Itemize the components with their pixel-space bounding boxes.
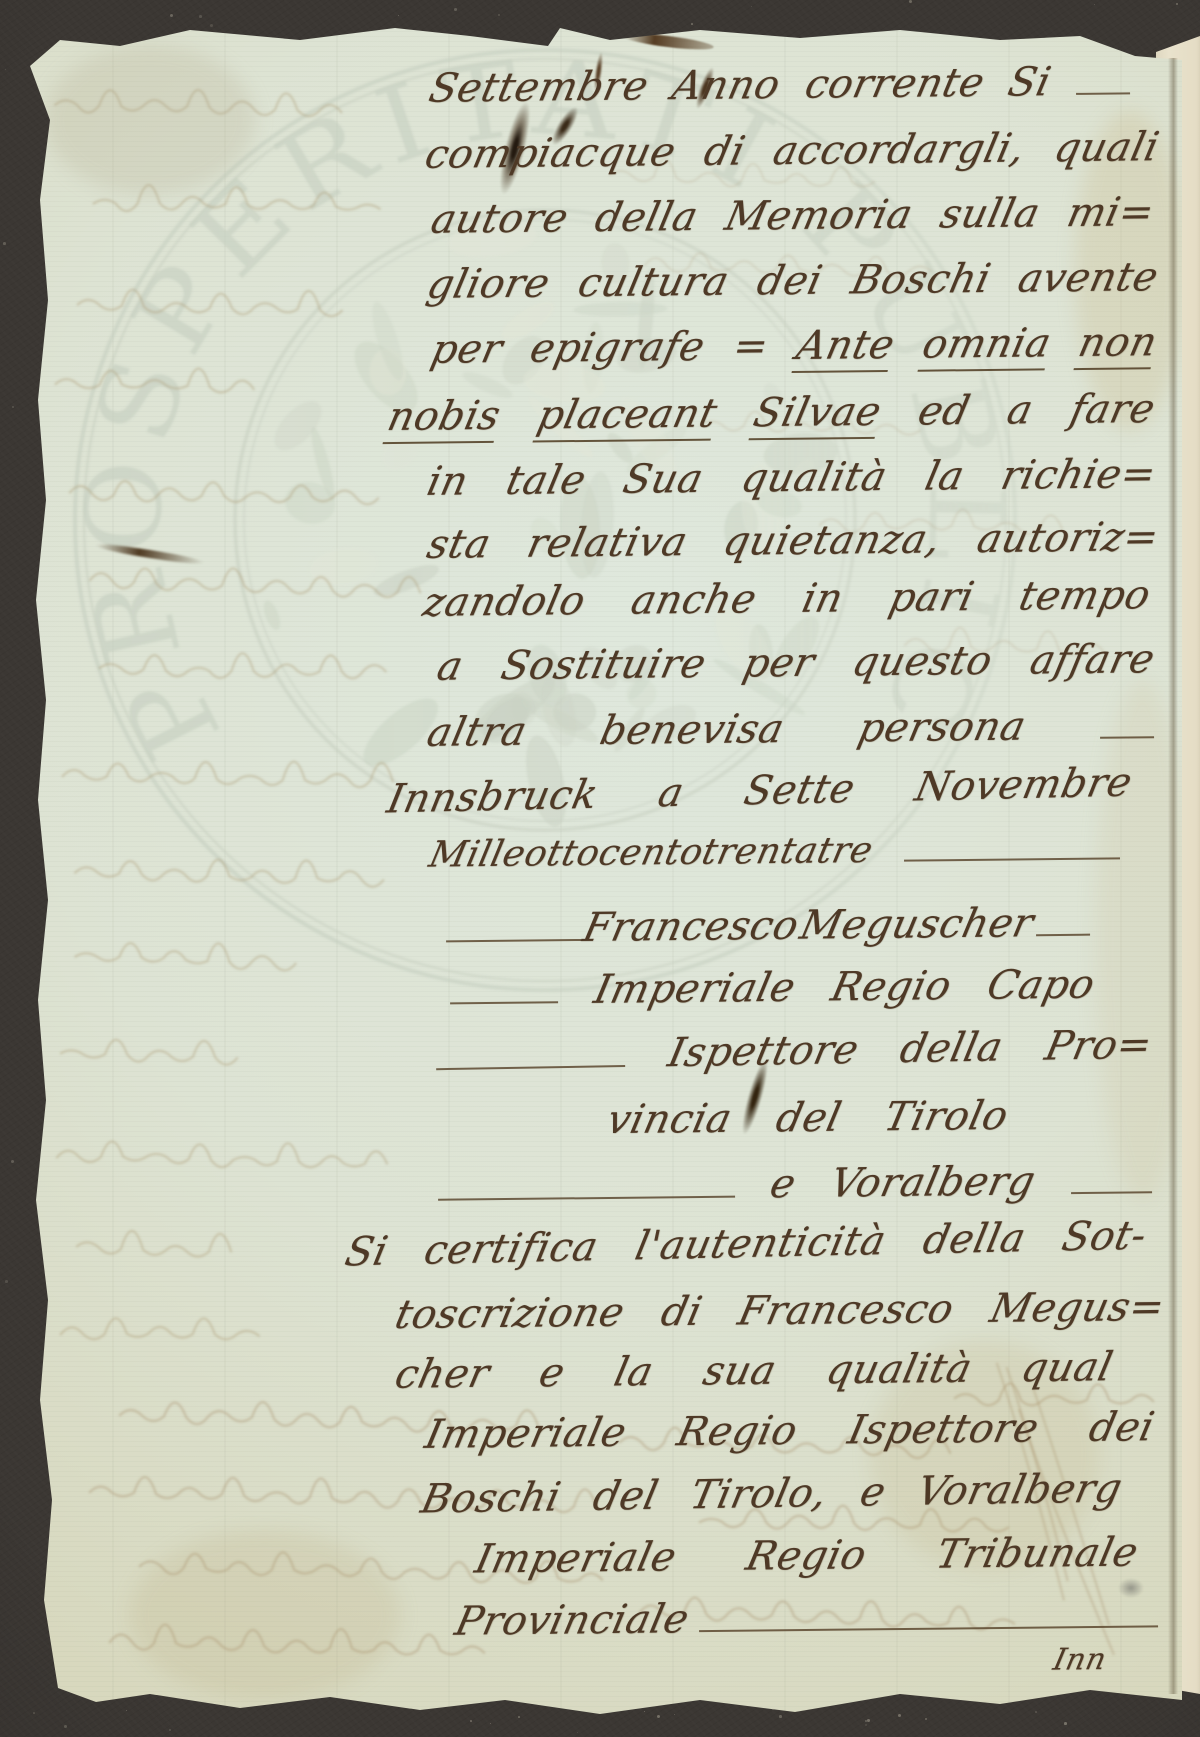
word: tale: [502, 457, 591, 504]
word: placeant: [532, 391, 721, 443]
word: Meguscher: [796, 900, 1038, 949]
word: e: [766, 1161, 800, 1207]
manuscript-line-11: altrabenevisapersona: [428, 702, 1155, 766]
word: Settembre: [425, 63, 653, 111]
word: del: [771, 1095, 845, 1142]
dust-speck: [657, 1715, 660, 1718]
word: Inn: [1050, 1642, 1110, 1678]
manuscript-page: PROSPERITATI PUBLICAE SettembreAnnocorre…: [0, 0, 1182, 1737]
word: Novembre: [911, 759, 1136, 810]
manuscript-line-19: Sicertifical'autenticitàdellaSot-: [346, 1213, 1147, 1286]
word: la: [610, 1349, 658, 1396]
pen-rule: [1100, 728, 1154, 739]
word: affare: [1026, 636, 1159, 683]
dust-speck: [751, 6, 752, 7]
word: Tirolo,: [686, 1470, 832, 1518]
word: e: [855, 1469, 889, 1516]
manuscript-line-22: ImperialeRegioIspettoredei: [426, 1404, 1155, 1468]
word: cultura: [574, 259, 733, 307]
word: Boschi: [417, 1474, 565, 1522]
word: Si: [1004, 59, 1055, 106]
word: nobis: [382, 393, 504, 444]
word: Provinciale: [451, 1596, 693, 1645]
word: autore: [427, 195, 573, 243]
word: questo: [848, 638, 997, 686]
handwritten-text: SettembreAnnocorrenteSicompiacquediaccor…: [0, 0, 1182, 1737]
word: qualità: [822, 1346, 976, 1394]
word: cher: [391, 1351, 494, 1398]
word: Regio: [742, 1532, 871, 1579]
word: Sette: [740, 766, 859, 815]
manuscript-line-12: InnsbruckaSetteNovembre: [387, 760, 1132, 833]
pen-rule: [436, 1057, 625, 1070]
word: mi=: [1063, 189, 1159, 236]
manuscript-line-16: IspettoredellaPro=: [436, 1022, 1153, 1090]
word: Ispettore: [844, 1405, 1043, 1453]
word: della: [896, 1024, 1007, 1072]
dust-speck: [772, 1708, 774, 1710]
dust-speck: [779, 1715, 782, 1718]
word: dei: [1085, 1404, 1159, 1451]
dust-speck: [644, 1711, 645, 1712]
manuscript-line-4: glioreculturadeiBoschiavente: [428, 254, 1159, 318]
dust-speck: [1035, 1711, 1037, 1713]
manuscript-line-10: aSostituireperquestoaffare: [438, 636, 1155, 699]
word: zandolo: [419, 578, 590, 626]
word: Boschi: [846, 256, 994, 304]
manuscript-line-14: FrancescoMeguscher: [446, 900, 1091, 963]
pen-rule: [438, 1188, 735, 1201]
manuscript-line-24: ImperialeRegioTribunale: [476, 1530, 1139, 1593]
word: Tirolo: [880, 1093, 1013, 1140]
word: Memoria: [721, 192, 917, 240]
word: ed: [914, 388, 974, 435]
page-fold-crease: [1168, 58, 1178, 1694]
word: Regio: [827, 963, 956, 1010]
dust-speck: [867, 1719, 870, 1722]
word: persona: [854, 703, 1030, 751]
word: per: [427, 326, 507, 373]
word: Sot-: [1058, 1213, 1151, 1261]
manuscript-line-17: vinciadelTirolo: [608, 1093, 1009, 1153]
pen-rule: [1036, 926, 1090, 937]
word: qualità: [737, 454, 891, 502]
word: in: [423, 458, 473, 505]
word: avente: [1014, 254, 1163, 302]
word: compiacque: [421, 129, 680, 178]
word: di: [657, 1289, 707, 1336]
word: relativa: [522, 519, 691, 567]
word: a: [1003, 387, 1037, 433]
manuscript-line-23: BoschidelTirolo,eVoralberg: [422, 1466, 1123, 1533]
pen-rule: [446, 931, 581, 942]
word: fare: [1065, 386, 1159, 433]
word: sulla: [936, 190, 1044, 237]
manuscript-line-3: autoredellaMemoriasullami=: [432, 189, 1155, 253]
dust-speck: [898, 1714, 901, 1717]
word: Francesco: [734, 1286, 958, 1334]
word: omnia: [917, 320, 1055, 371]
word: qual: [1017, 1344, 1117, 1391]
pen-rule: [1076, 84, 1130, 95]
word: Imperiale: [421, 1410, 631, 1458]
word: e: [535, 1350, 569, 1396]
manuscript-line-9: zandoloancheinparitempo: [424, 572, 1151, 636]
word: quali: [1050, 124, 1163, 171]
dust-speck: [5, 1280, 8, 1283]
word: Tribunale: [932, 1529, 1143, 1577]
dust-speck: [865, 1724, 867, 1726]
word: non: [1073, 319, 1161, 370]
word: Innsbruck: [383, 772, 602, 823]
dust-speck: [909, 0, 912, 3]
word: sua: [699, 1348, 781, 1395]
word: vincia: [603, 1096, 736, 1143]
word: in: [798, 575, 848, 622]
word: gliore: [423, 261, 554, 308]
dust-speck: [199, 15, 202, 18]
word: tempo: [1015, 572, 1155, 619]
manuscript-line-18: eVoralberg: [438, 1157, 1153, 1220]
word: epigrafe: [526, 324, 709, 372]
word: l'autenticità: [631, 1218, 890, 1269]
dust-speck: [454, 8, 457, 11]
word: la: [920, 453, 968, 500]
word: dei: [753, 258, 827, 305]
word: sta: [423, 521, 495, 568]
manuscript-line-5: perepigrafe=Anteomnianon: [432, 319, 1157, 383]
pen-rule: [699, 1617, 1158, 1632]
word: Capo: [983, 962, 1099, 1009]
word: accordargli,: [769, 126, 1029, 175]
word: autoriz=: [973, 514, 1163, 562]
dust-speck: [210, 24, 213, 27]
word: Regio: [673, 1408, 802, 1455]
word: Pro=: [1041, 1022, 1156, 1070]
word: della: [919, 1215, 1030, 1263]
word: Voralberg: [826, 1158, 1040, 1206]
word: Imperiale: [590, 965, 800, 1013]
pen-rule: [904, 849, 1120, 861]
dust-speck: [518, 1716, 520, 1718]
catchword: Inn: [1054, 1641, 1165, 1698]
manuscript-line-13: Milleottocentotrentatre: [430, 827, 1121, 890]
manuscript-line-6: nobisplaceantSilvaeedafare: [388, 386, 1155, 450]
word: Sostituire: [496, 641, 709, 689]
word: Milleottocentotrentatre: [425, 830, 876, 876]
word: Megus=: [986, 1284, 1169, 1332]
manuscript-line-15: ImperialeRegioCapo: [450, 962, 1095, 1025]
dust-speck: [1064, 1722, 1067, 1725]
dust-speck: [470, 1720, 472, 1722]
word: benevisa: [596, 706, 789, 754]
word: corrente: [800, 60, 988, 108]
word: del: [589, 1473, 662, 1520]
word: Ispettore: [664, 1027, 863, 1076]
word: pari: [884, 574, 978, 621]
word: Imperiale: [471, 1534, 681, 1582]
word: =: [729, 323, 773, 369]
dust-speck: [3, 242, 6, 245]
manuscript-photo: PROSPERITATI PUBLICAE SettembreAnnocorre…: [0, 0, 1200, 1737]
word: della: [591, 194, 702, 241]
dust-speck: [577, 1732, 578, 1733]
manuscript-line-20: toscrizionediFrancescoMegus=: [396, 1284, 1165, 1348]
word: Voralberg: [913, 1465, 1126, 1514]
word: Si: [341, 1228, 392, 1275]
dust-speck: [64, 1725, 67, 1728]
word: per: [739, 640, 819, 687]
word: anche: [627, 576, 761, 623]
dust-speck: [691, 23, 693, 25]
manuscript-line-8: starelativaquietanza,autoriz=: [428, 514, 1159, 578]
dust-speck: [33, 1712, 35, 1714]
word: Anno: [668, 62, 785, 109]
dust-speck: [925, 1718, 927, 1720]
word: a: [654, 770, 688, 817]
word: a: [433, 643, 467, 689]
word: richie=: [997, 451, 1161, 499]
word: Silvae: [749, 389, 886, 440]
word: Ante: [791, 322, 898, 373]
word: altra: [423, 709, 531, 756]
word: Francesco: [579, 903, 803, 951]
word: quietanza,: [719, 516, 945, 564]
pen-rule: [450, 993, 558, 1004]
pen-rule: [1071, 1183, 1152, 1194]
word: di: [700, 128, 750, 175]
manuscript-line-2: compiacquediaccordargli,quali: [426, 124, 1159, 188]
word: Sua: [619, 456, 708, 503]
manuscript-line-1: SettembreAnnocorrenteSi: [430, 58, 1131, 121]
word: certifica: [421, 1224, 603, 1274]
word: toscrizione: [391, 1290, 629, 1338]
manuscript-line-21: cherelasuaqualitàqual: [396, 1344, 1113, 1407]
manuscript-line-7: intaleSuaqualitàlarichie=: [428, 451, 1157, 515]
